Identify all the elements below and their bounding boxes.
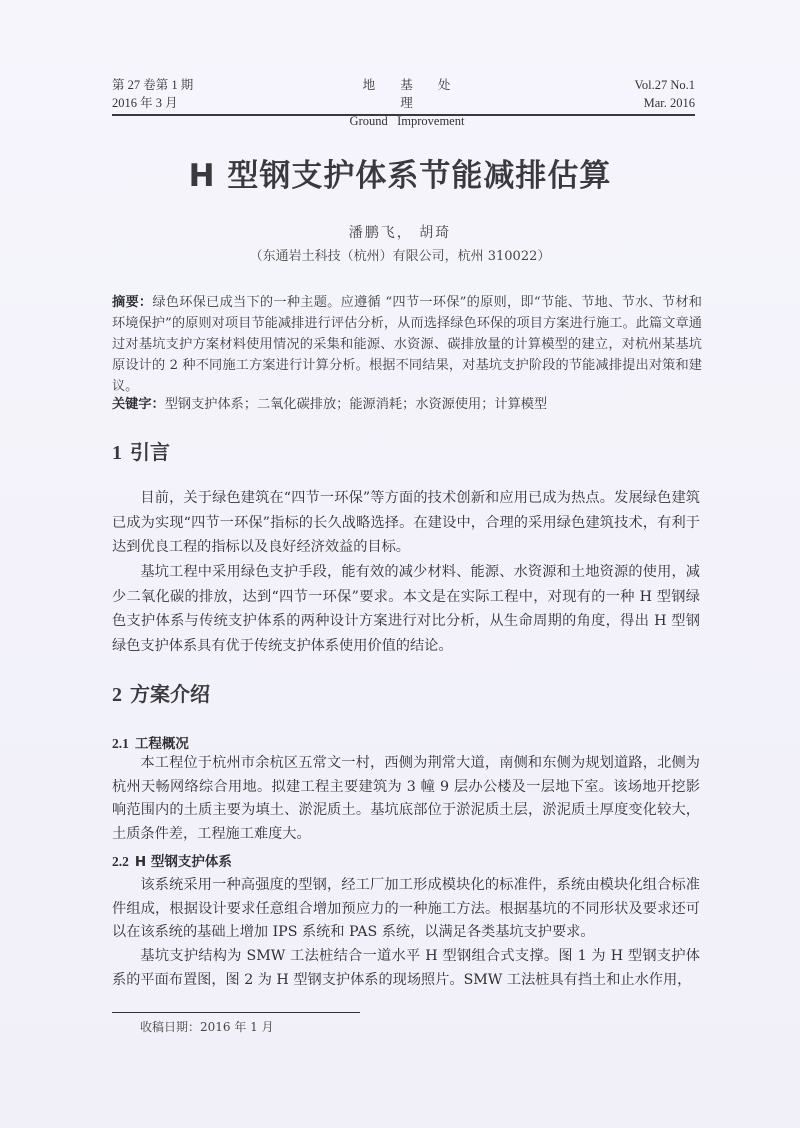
section-title: 方案介绍 — [130, 682, 210, 706]
footnote-divider — [112, 1012, 360, 1013]
subsection-number: 2.1 — [112, 736, 129, 751]
paragraph: 目前，关于绿色建筑在“四节一环保”等方面的技术创新和应用已成为热点。发展绿色建筑… — [112, 486, 700, 560]
volume-issue: 第 27 卷第 1 期 — [112, 76, 193, 94]
abstract-label: 摘要： — [112, 295, 152, 310]
section-heading-introduction: 1引言 — [112, 436, 170, 465]
paragraph: 本工程位于杭州市余杭区五常文一村，西侧为荆常大道，南侧和东侧为规划道路，北侧为杭… — [112, 752, 700, 846]
volume-issue-en: Vol.27 No.1 — [634, 76, 695, 94]
paragraph: 该系统采用一种高强度的型钢，经工厂加工形成模块化的标准件，系统由模块化组合标准件… — [112, 874, 700, 945]
received-date-footnote: 收稿日期：2016 年 1 月 — [140, 1018, 274, 1035]
subsection-heading-project-overview: 2.1工程概况 — [112, 732, 189, 752]
journal-name-cn: 地 基 处 理 — [337, 76, 477, 112]
keywords-label: 关键字： — [112, 397, 165, 412]
abstract: 摘要：绿色环保已成当下的一种主题。应遵循 “四节一环保”的原则，即“节能、节地、… — [112, 292, 702, 397]
keywords-text: 型钢支护体系；二氧化碳排放；能源消耗；水资源使用；计算模型 — [165, 397, 547, 412]
subsection-title: H 型钢支护体系 — [135, 854, 232, 870]
header-divider — [112, 114, 695, 116]
issue-date: 2016 年 3 月 — [112, 94, 193, 112]
subsection-title: 工程概况 — [135, 736, 189, 752]
issue-info: 第 27 卷第 1 期 2016 年 3 月 — [112, 76, 193, 112]
running-header: 第 27 卷第 1 期 2016 年 3 月 地 基 处 理 Ground Im… — [112, 76, 695, 116]
paragraph: 基坑工程中采用绿色支护手段，能有效的减少材料、能源、水资源和土地资源的使用，减少… — [112, 560, 700, 658]
subsection-heading-h-steel-system: 2.2H 型钢支护体系 — [112, 850, 232, 870]
paper-title: H 型钢支护体系节能减排估算 — [0, 150, 800, 195]
issue-info-en: Vol.27 No.1 Mar. 2016 — [634, 76, 695, 112]
section-number: 2 — [112, 684, 122, 706]
abstract-text: 绿色环保已成当下的一种主题。应遵循 “四节一环保”的原则，即“节能、节地、节水、… — [112, 295, 702, 394]
subsection-number: 2.2 — [112, 854, 129, 869]
section-title: 引言 — [130, 440, 170, 464]
keywords: 关键字：型钢支护体系；二氧化碳排放；能源消耗；水资源使用；计算模型 — [112, 394, 702, 415]
paragraph: 基坑支护结构为 SMW 工法桩结合一道水平 H 型钢组合式支撑。图 1 为 H … — [112, 945, 700, 992]
paper-affiliation: （东通岩土科技（杭州）有限公司，杭州 310022） — [0, 245, 800, 264]
section-number: 1 — [112, 442, 122, 464]
issue-date-en: Mar. 2016 — [634, 94, 695, 112]
section-heading-scheme: 2方案介绍 — [112, 678, 210, 707]
journal-page: 第 27 卷第 1 期 2016 年 3 月 地 基 处 理 Ground Im… — [0, 0, 800, 1128]
journal-name: 地 基 处 理 Ground Improvement — [337, 76, 477, 130]
paper-authors: 潘鹏飞， 胡琦 — [0, 222, 800, 242]
